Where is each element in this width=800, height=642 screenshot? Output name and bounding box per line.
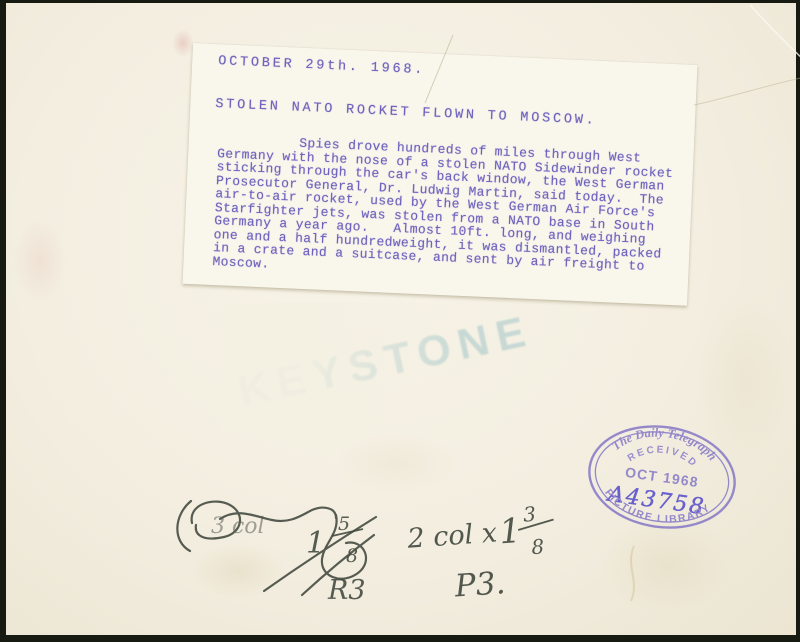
right-note-size-text: 2 col x — [405, 518, 498, 555]
paper-stain — [172, 29, 194, 57]
fraction-bar — [518, 520, 554, 530]
paper-stain — [336, 433, 456, 493]
caption-body: Spies drove hundreds of miles through We… — [212, 133, 674, 288]
left-note-scribble: 3 col — [177, 501, 376, 595]
stamp-date-text: OCT 1968 — [624, 464, 700, 490]
paper-stain — [14, 218, 66, 304]
fold-mark — [750, 5, 800, 61]
right-note-page: P3. — [453, 565, 507, 605]
faint-smudge — [631, 546, 634, 601]
scribble-stroke — [192, 502, 240, 539]
right-fraction-numerator: 3 — [522, 502, 536, 527]
scribble-stroke — [177, 501, 191, 551]
right-fraction-whole: 1 — [498, 511, 522, 552]
scribble-stroke — [322, 515, 366, 579]
left-fraction-numerator: 5 — [338, 513, 350, 535]
paper-stain — [191, 543, 286, 598]
stamp-inner-ring — [589, 424, 734, 531]
photo-back-scan: KEYSTONE OCTOBER 29th. 1968. STOLEN NATO… — [0, 0, 800, 642]
stamp-department-text: PICTURE LIBRARY — [599, 486, 715, 533]
caption-date: OCTOBER 29th. 1968. — [218, 54, 426, 78]
stamp-reference-number: A43758 — [604, 482, 706, 521]
scribble-stroke — [220, 508, 336, 521]
left-fraction-whole: 1 — [306, 526, 325, 561]
watermark-fade-patch — [221, 303, 451, 433]
stamp-organization-text: The Daily Telegraph — [608, 418, 723, 467]
cross-out-stroke — [264, 517, 376, 591]
stamp-outer-ring — [583, 417, 741, 536]
caption-label: OCTOBER 29th. 1968. STOLEN NATO ROCKET F… — [182, 43, 697, 306]
library-stamp: The Daily Telegraph RECEIVED OCT 1968 A4… — [576, 415, 748, 537]
stamp-received-text: RECEIVED — [625, 440, 702, 474]
right-note: 2 col x 1 3 8 P3. — [405, 501, 559, 608]
cross-out-stroke — [302, 535, 374, 595]
left-note-fraction: 1 5 8 R3 — [306, 513, 366, 606]
left-note-size-text: 3 col — [211, 514, 265, 539]
paper-stain — [696, 293, 791, 463]
left-note-page: R3 — [327, 575, 366, 606]
left-fraction-denominator: 8 — [346, 545, 358, 567]
paper-stain — [602, 518, 732, 613]
fraction-bar — [332, 529, 363, 536]
caption-title: STOLEN NATO ROCKET FLOWN TO MOSCOW. — [215, 97, 597, 129]
right-fraction-denominator: 8 — [531, 534, 545, 559]
photo-back-paper: KEYSTONE OCTOBER 29th. 1968. STOLEN NATO… — [6, 3, 796, 635]
crease-line — [694, 77, 800, 105]
